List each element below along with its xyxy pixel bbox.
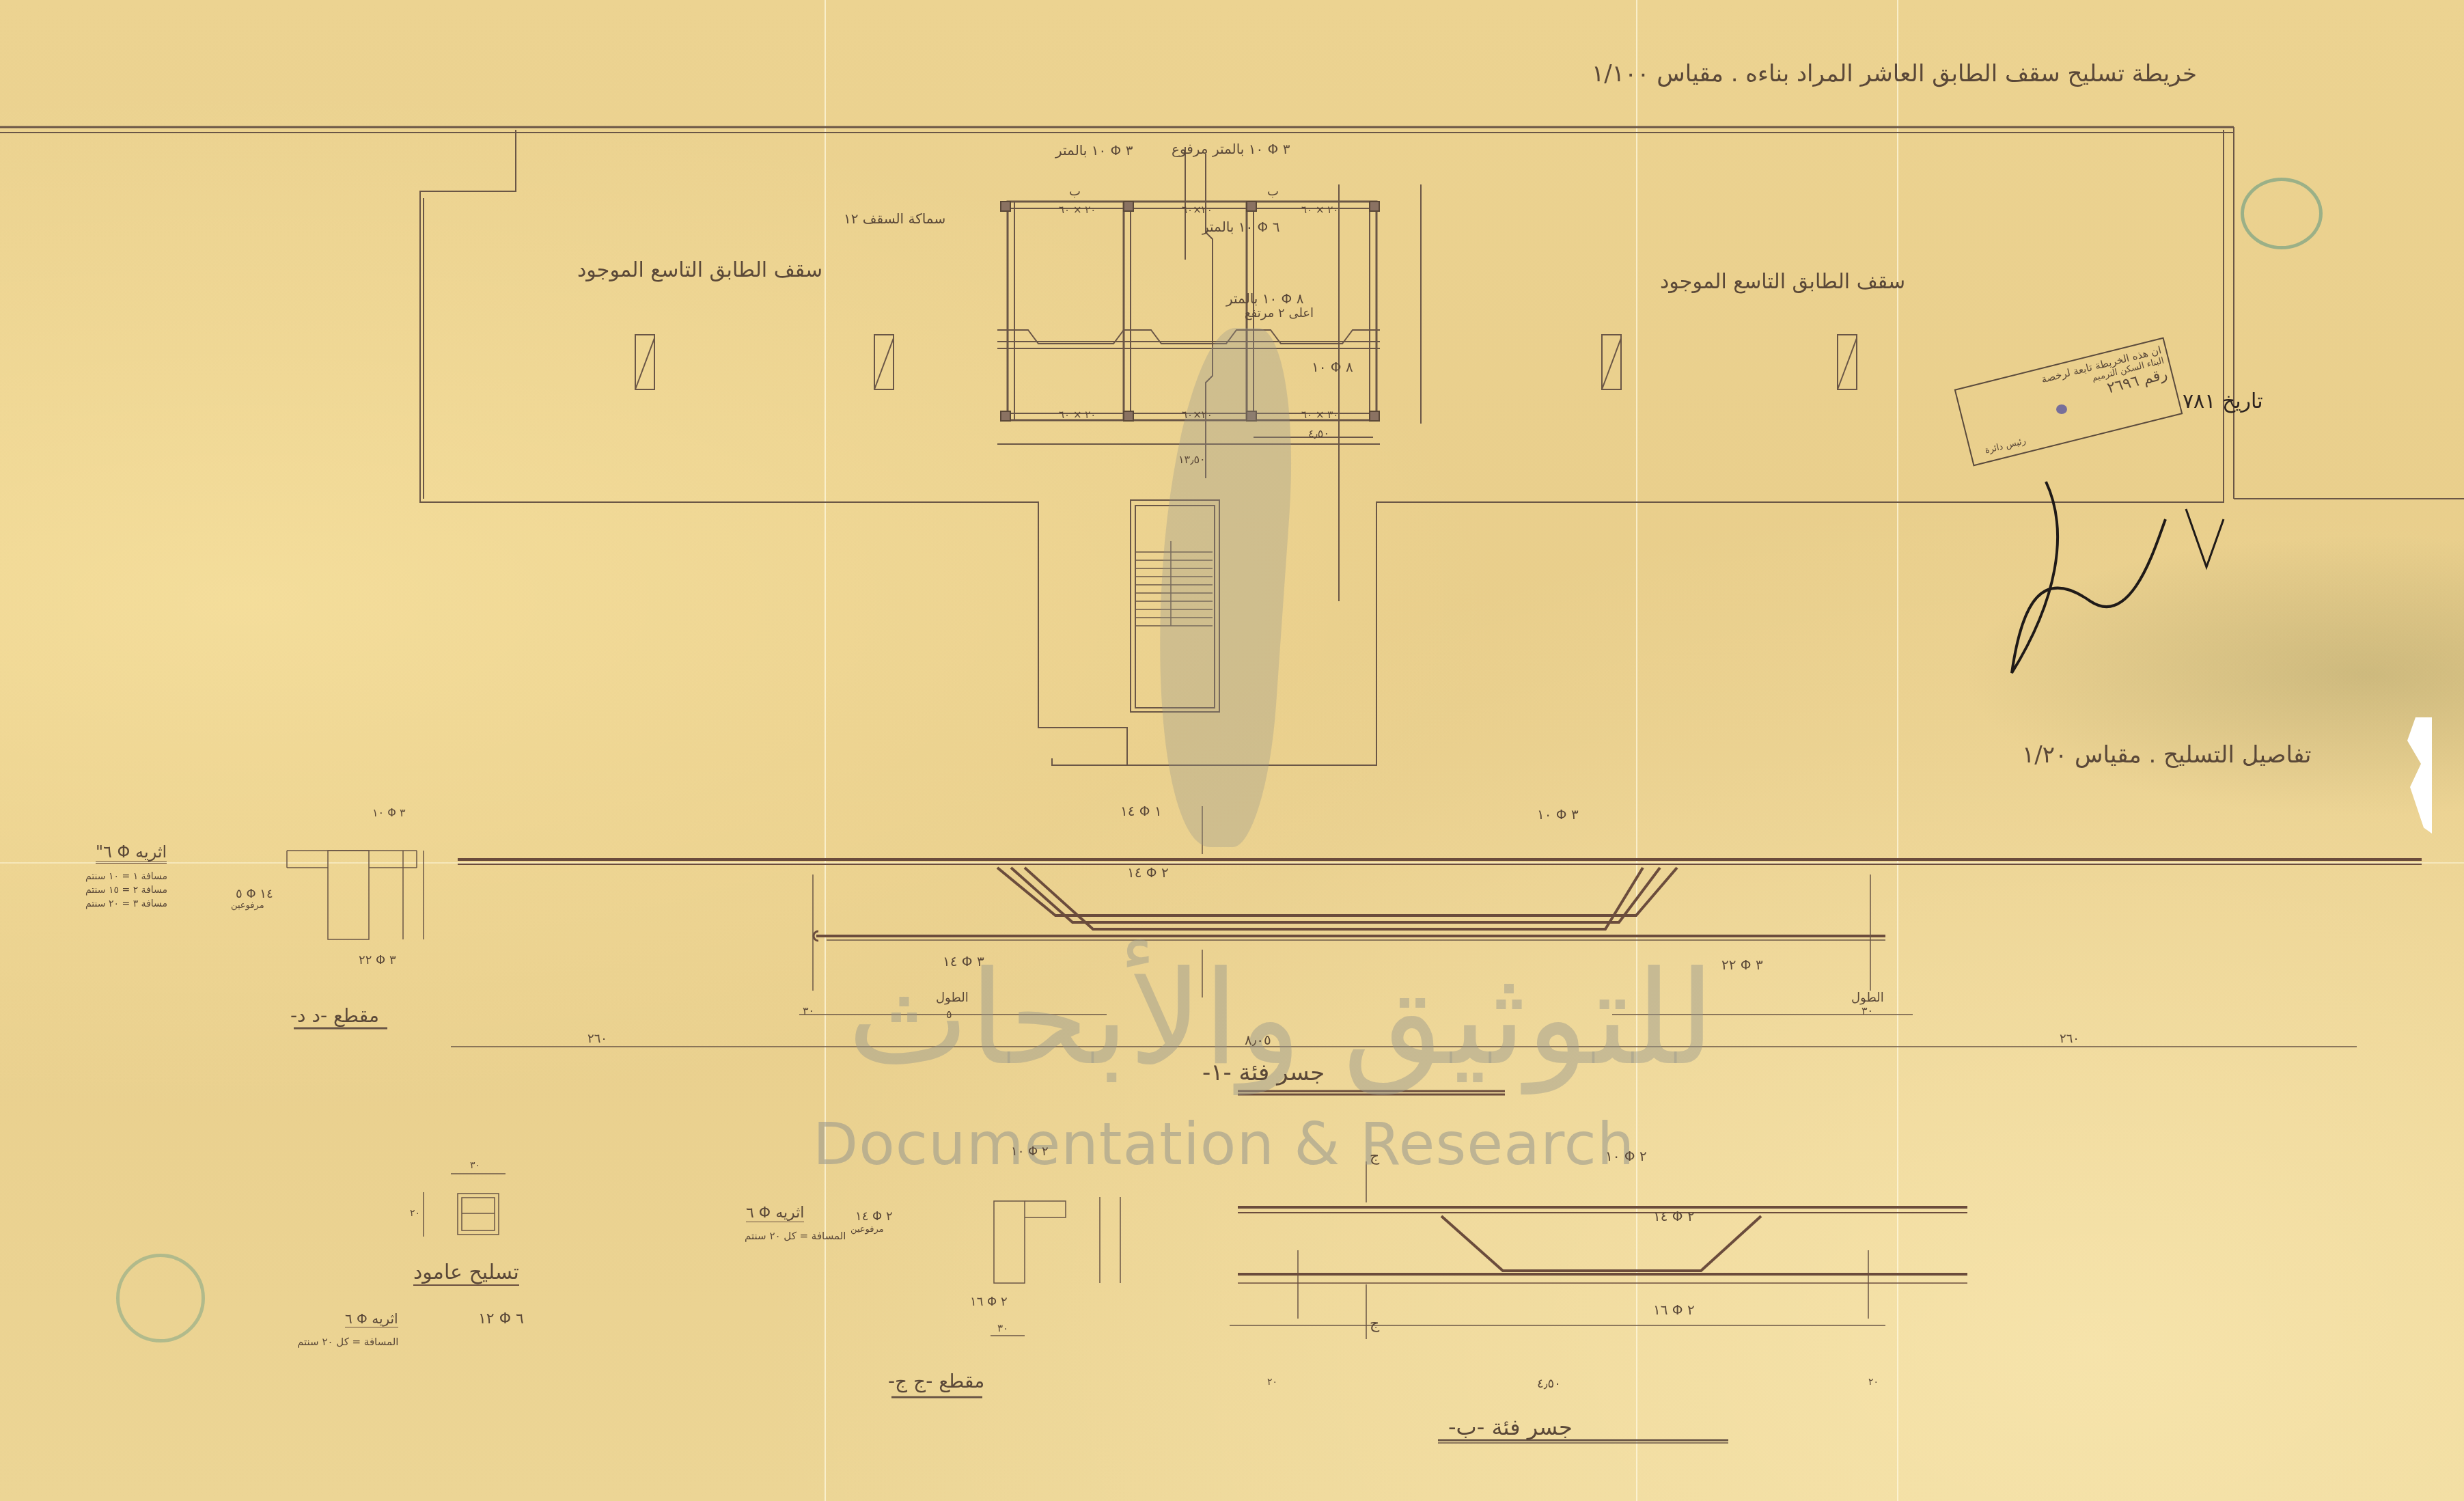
column-spacing: المسافة = كل ٢٠ سنتم <box>297 1336 398 1348</box>
beam-a-length-label: الطول <box>1851 991 1884 1005</box>
beam-a-title: جسر فئة -١- <box>1202 1059 1325 1086</box>
column-width-dim: ٣٠ <box>470 1160 480 1171</box>
section-dd-top-bar: ٣ Φ ١٠ <box>372 806 406 819</box>
section-jj-spacing: المسافة = كل ٢٠ سنتم <box>745 1230 846 1242</box>
beam-a-bar-label: ٣ Φ ١٤ <box>943 953 984 969</box>
beam-a-bar-label: ١ Φ ١٤ <box>1120 803 1162 819</box>
beam-a-support: ٣٠ <box>1861 1004 1873 1017</box>
section-dd-spacing: مسافة ١ = ١٠ سنتم <box>85 871 167 882</box>
section-jj-raised-bar: ٢ Φ ١٤ <box>855 1209 893 1224</box>
beam-b-bent-bar: ٢ Φ ١٤ <box>1653 1208 1695 1224</box>
beam-a-length-label: الطول <box>936 991 969 1005</box>
beam-a-span: ٨٫٠٥ <box>1245 1032 1271 1048</box>
section-dd-raised-bar: ١٤ Φ ٥ <box>236 887 273 901</box>
section-dd-spacing: مسافة ٢ = ١٥ سنتم <box>85 885 167 896</box>
section-jj-raised-label: مرفوعين <box>850 1224 884 1235</box>
beam-b-bottom-bar: ٢ Φ ١٦ <box>1653 1302 1695 1318</box>
blueprint-sheet: للتوثيق والأبحاث Documentation & Researc… <box>0 0 2464 1501</box>
beam-b-end-dim: ٢٠ <box>1267 1377 1277 1388</box>
column-height-dim: ٢٠ <box>410 1208 420 1219</box>
beam-a-support: ٣٠ <box>803 1004 814 1017</box>
seal-stamp <box>2241 178 2323 249</box>
spacing-label: مسافة ٢ = <box>122 885 167 896</box>
beam-a-overhang: ٢٦٠ <box>2060 1032 2079 1046</box>
beam-a-overhang: ٢٦٠ <box>587 1032 607 1046</box>
spacing-label: مسافة ١ = <box>122 871 167 882</box>
section-jj-width-dim: ٣٠ <box>997 1322 1008 1334</box>
column-title: تسليح عامود <box>413 1261 519 1286</box>
section-jj-title: مقطع -ج ج- <box>888 1370 984 1392</box>
section-dd-bottom-bar: ٣ Φ ٢٢ <box>359 953 396 967</box>
beam-b-section-mark: ج <box>1370 1315 1379 1332</box>
section-dd-raised-label: مرفوعين <box>231 900 264 911</box>
column-stirrups: اثريه Φ ٦ <box>345 1310 398 1327</box>
details-title: تفاصيل التسليح . مقياس ١/٢٠ <box>2022 741 2312 769</box>
spacing-value: ٢٠ سنتم <box>85 898 119 909</box>
spacing-label: مسافة ٣ = <box>122 898 167 909</box>
beam-b-end-dim: ٢٠ <box>1868 1377 1879 1388</box>
seal-stamp <box>116 1254 205 1342</box>
beam-b-section-mark: ج <box>1370 1148 1379 1165</box>
spacing-value: ١٥ سنتم <box>85 885 119 896</box>
beam-b-span: ٤٫٥٠ <box>1537 1377 1561 1391</box>
section-jj-top-bar: ٢ Φ ١٠ <box>1011 1144 1049 1159</box>
section-dd-spacing: مسافة ٣ = ٢٠ سنتم <box>85 898 167 909</box>
beam-a-length-div: ٥ <box>946 1008 952 1021</box>
section-dd-stirrups: اثريه Φ ٦" <box>96 842 167 864</box>
beam-b-top-bar: ٢ Φ ١٠ <box>1605 1148 1647 1164</box>
beam-a-bar-label: ٢ Φ ١٤ <box>1127 864 1169 881</box>
section-jj-bottom-bar: ٢ Φ ١٦ <box>970 1295 1008 1309</box>
section-dd-title: مقطع -د د- <box>290 1004 379 1027</box>
column-bars: ٦ Φ ١٢ <box>478 1310 524 1327</box>
section-jj-stirrups: اثريه Φ ٦ <box>746 1204 804 1222</box>
beam-b-title: جسر فئة -ب- <box>1448 1414 1573 1440</box>
spacing-value: ١٠ سنتم <box>85 871 119 882</box>
beam-a-bottom-bar: ٣ Φ ٢٢ <box>1721 956 1763 973</box>
beam-a-top-bar: ٣ Φ ١٠ <box>1537 806 1579 823</box>
